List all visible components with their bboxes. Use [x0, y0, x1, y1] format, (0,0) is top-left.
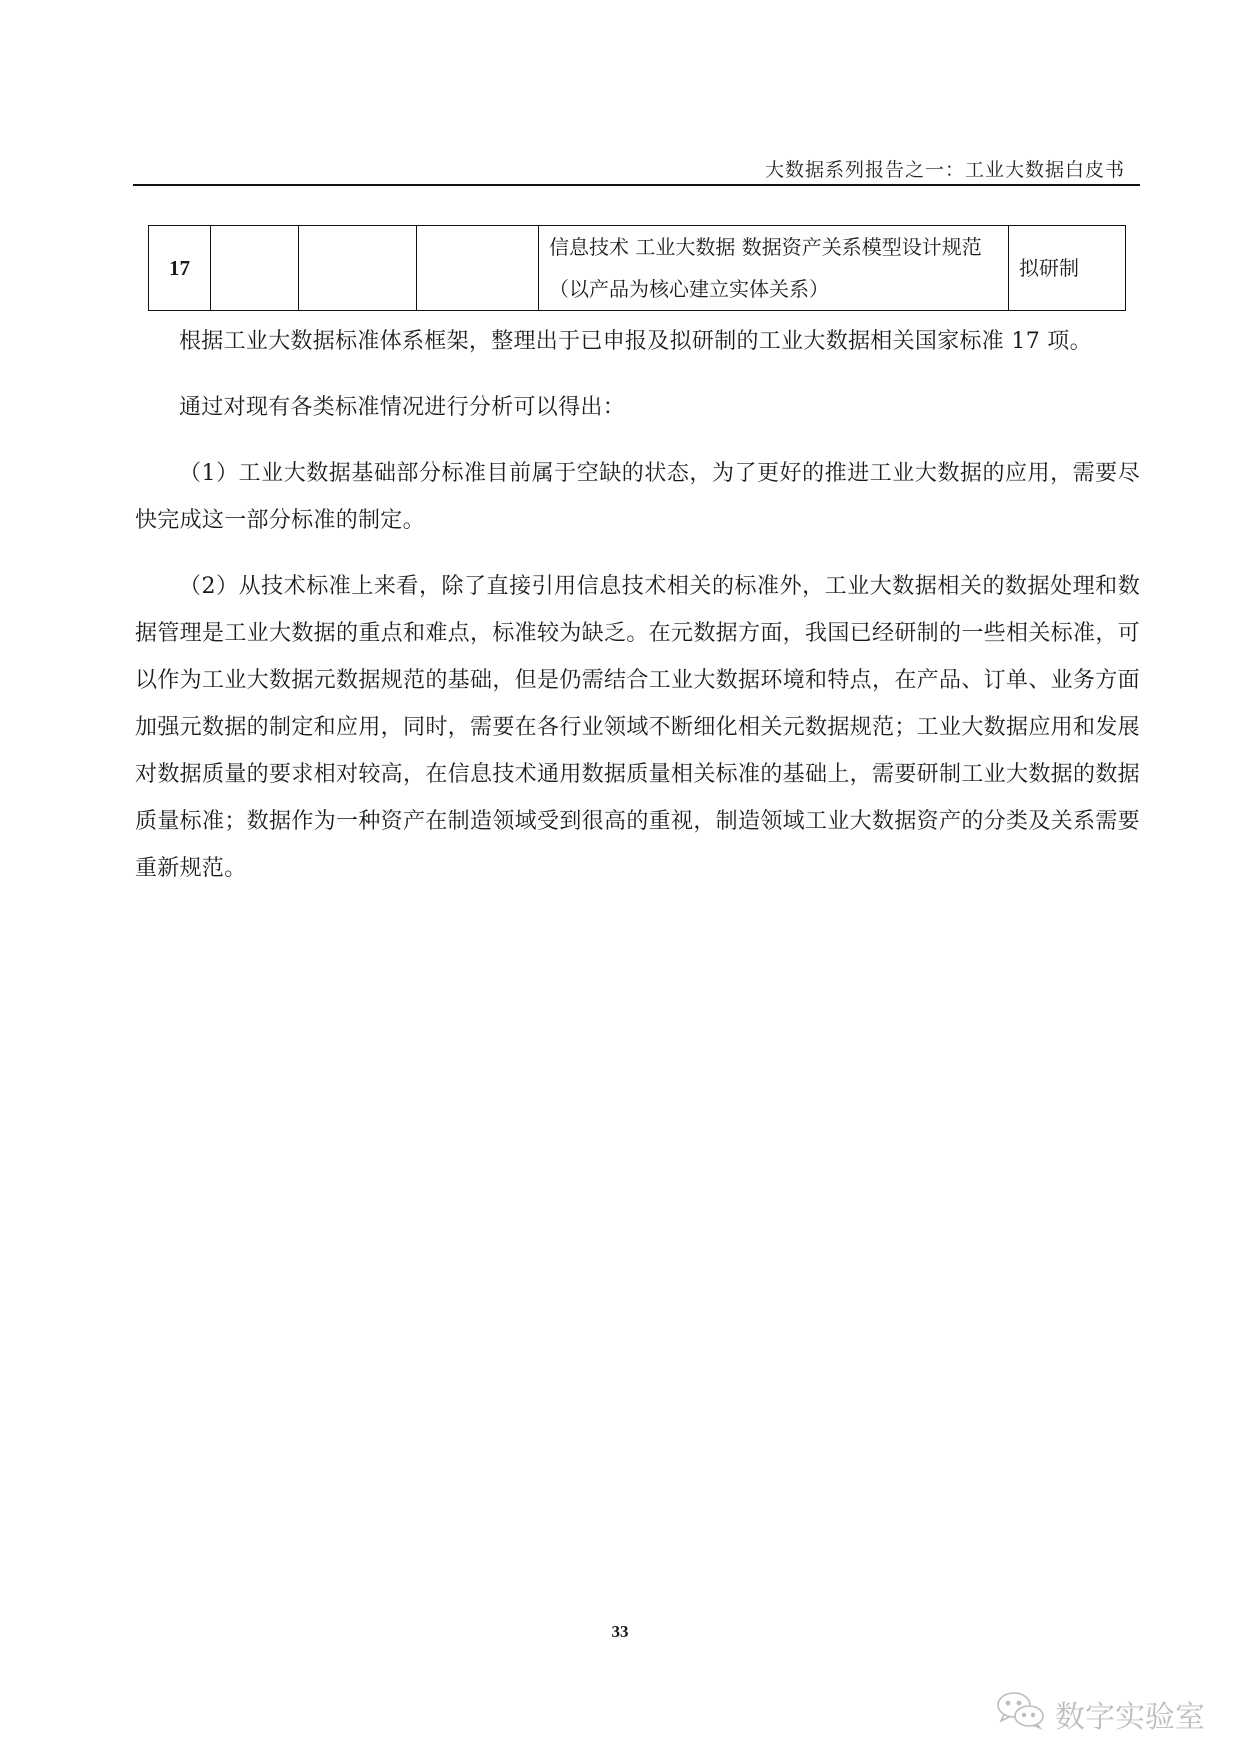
paragraph-point-2: （2）从技术标准上来看，除了直接引用信息技术相关的标准外，工业大数据相关的数据处… — [135, 563, 1140, 892]
paragraph-point-1: （1）工业大数据基础部分标准目前属于空缺的状态，为了更好的推进工业大数据的应用，… — [135, 450, 1140, 544]
header-divider — [133, 184, 1140, 186]
wechat-icon — [995, 1690, 1047, 1738]
table-row: 17 信息技术 工业大数据 数据资产关系模型设计规范（以产品为核心建立实体关系）… — [149, 226, 1126, 311]
body-text: 根据工业大数据标准体系框架，整理出于已申报及拟研制的工业大数据相关国家标准 17… — [135, 318, 1140, 892]
table-cell-status: 拟研制 — [1009, 226, 1126, 311]
table-cell-standard-name: 信息技术 工业大数据 数据资产关系模型设计规范（以产品为核心建立实体关系） — [539, 226, 1009, 311]
table-cell-empty — [299, 226, 417, 311]
running-header-title: 大数据系列报告之一：工业大数据白皮书 — [765, 155, 1125, 182]
table-cell-empty — [211, 226, 299, 311]
watermark: 数字实验室 — [995, 1690, 1205, 1738]
standards-table: 17 信息技术 工业大数据 数据资产关系模型设计规范（以产品为核心建立实体关系）… — [148, 225, 1126, 311]
table-cell-empty — [417, 226, 539, 311]
page-number: 33 — [0, 1622, 1240, 1642]
paragraph-analysis-intro: 通过对现有各类标准情况进行分析可以得出： — [135, 384, 1140, 431]
paragraph-summary: 根据工业大数据标准体系框架，整理出于已申报及拟研制的工业大数据相关国家标准 17… — [135, 318, 1140, 365]
table-cell-index: 17 — [149, 226, 211, 311]
watermark-text: 数字实验室 — [1055, 1692, 1205, 1736]
